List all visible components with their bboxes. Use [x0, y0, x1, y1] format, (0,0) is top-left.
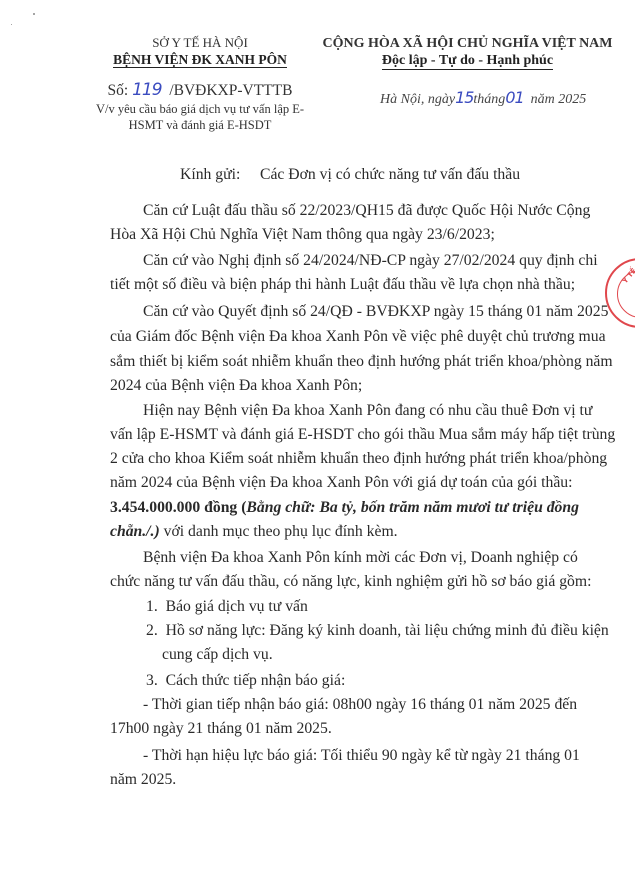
paragraph-line: tiết một số điều và biện pháp thi hành L…: [110, 276, 570, 294]
document-number: Số: 119 /BVĐKXP-VTTTB: [80, 80, 320, 101]
national-header: CỘNG HÒA XÃ HỘI CHỦ NGHĨA VIỆT NAM Độc l…: [300, 35, 635, 70]
paragraph-line: Căn cứ vào Quyết định số 24/QĐ - BVĐKXP …: [143, 303, 570, 321]
handwritten-month: 01: [505, 88, 523, 107]
list-item: 1. Báo giá dịch vụ tư vấn: [146, 598, 606, 616]
paragraph-line: năm 2025.: [110, 771, 570, 789]
paragraph-line: - Thời gian tiếp nhận báo giá: 08h00 ngà…: [143, 696, 570, 714]
issue-date: Hà Nội, ngày15tháng01 năm 2025: [380, 88, 586, 108]
scan-speck: [33, 13, 35, 15]
paragraph-line: vấn lập E-HSMT và đánh giá E-HSDT cho gó…: [110, 426, 570, 444]
paragraph-line: của Giám đốc Bệnh viện Đa khoa Xanh Pôn …: [110, 328, 570, 346]
paragraph-line: 2024 của Bệnh viện Đa khoa Xanh Pôn;: [110, 377, 570, 395]
paragraph-line: - Thời hạn hiệu lực báo giá: Tối thiểu 9…: [143, 747, 570, 765]
recipient-label: Kính gửi:: [180, 166, 240, 183]
paragraph-line: sắm thiết bị kiểm soát nhiễm khuẩn theo …: [110, 353, 570, 371]
amount-in-words: Bằng chữ: Ba tỷ, bốn trăm năm mươi tư tr…: [246, 499, 579, 516]
paragraph-line: 17h00 ngày 21 tháng 01 năm 2025.: [110, 720, 570, 738]
subject-line-2: HSMT và đánh giá E-HSDT: [80, 117, 320, 133]
amount-line-2: chẵn./.) với danh mục theo phụ lục đính …: [110, 523, 570, 541]
paragraph-line: Hòa Xã Hội Chủ Nghĩa Việt Nam thông qua …: [110, 226, 570, 244]
recipient-line: Kính gửi: Các Đơn vị có chức năng tư vấn…: [180, 166, 520, 184]
paragraph-line: chức năng tư vấn đấu thầu, có năng lực, …: [110, 573, 570, 591]
nation-title: CỘNG HÒA XÃ HỘI CHỦ NGHĨA VIỆT NAM: [300, 35, 635, 52]
issuer-block: SỞ Y TẾ HÀ NỘI BỆNH VIỆN ĐK XANH PÔN Số:…: [80, 34, 320, 133]
list-item-continuation: cung cấp dịch vụ.: [162, 646, 622, 664]
amount-line: 3.454.000.000 đồng (Bằng chữ: Ba tỷ, bốn…: [110, 499, 570, 517]
paragraph-line: 2 cửa cho khoa Kiểm soát nhiễm khuẩn the…: [110, 450, 570, 468]
paragraph-line: Căn cứ vào Nghị định số 24/2024/NĐ-CP ng…: [143, 252, 570, 270]
paragraph-line: Căn cứ Luật đấu thầu số 22/2023/QH15 đã …: [143, 202, 570, 220]
list-item: 2. Hồ sơ năng lực: Đăng ký kinh doanh, t…: [146, 622, 606, 640]
list-item: 3. Cách thức tiếp nhận báo giá:: [146, 672, 606, 690]
paragraph-line: Hiện nay Bệnh viện Đa khoa Xanh Pôn đang…: [143, 402, 570, 420]
national-motto: Độc lập - Tự do - Hạnh phúc: [300, 52, 635, 70]
department-name: SỞ Y TẾ HÀ NỘI: [80, 34, 320, 51]
handwritten-number: 119: [132, 80, 161, 100]
recipient-value: Các Đơn vị có chức năng tư vấn đấu thầu: [260, 166, 520, 183]
hospital-name: BỆNH VIỆN ĐK XANH PÔN: [80, 51, 320, 68]
amount-value: 3.454.000.000 đồng: [110, 499, 237, 516]
official-stamp-icon: Y TẾ: [605, 258, 635, 328]
paragraph-line: năm 2024 của Bệnh viện Đa khoa Xanh Pôn …: [110, 474, 570, 492]
handwritten-day: 15: [455, 88, 473, 107]
paragraph-line: Bệnh viện Đa khoa Xanh Pôn kính mời các …: [143, 549, 570, 567]
scan-speck: [11, 24, 12, 25]
subject-line-1: V/v yêu cầu báo giá dịch vụ tư vấn lập E…: [80, 101, 320, 117]
